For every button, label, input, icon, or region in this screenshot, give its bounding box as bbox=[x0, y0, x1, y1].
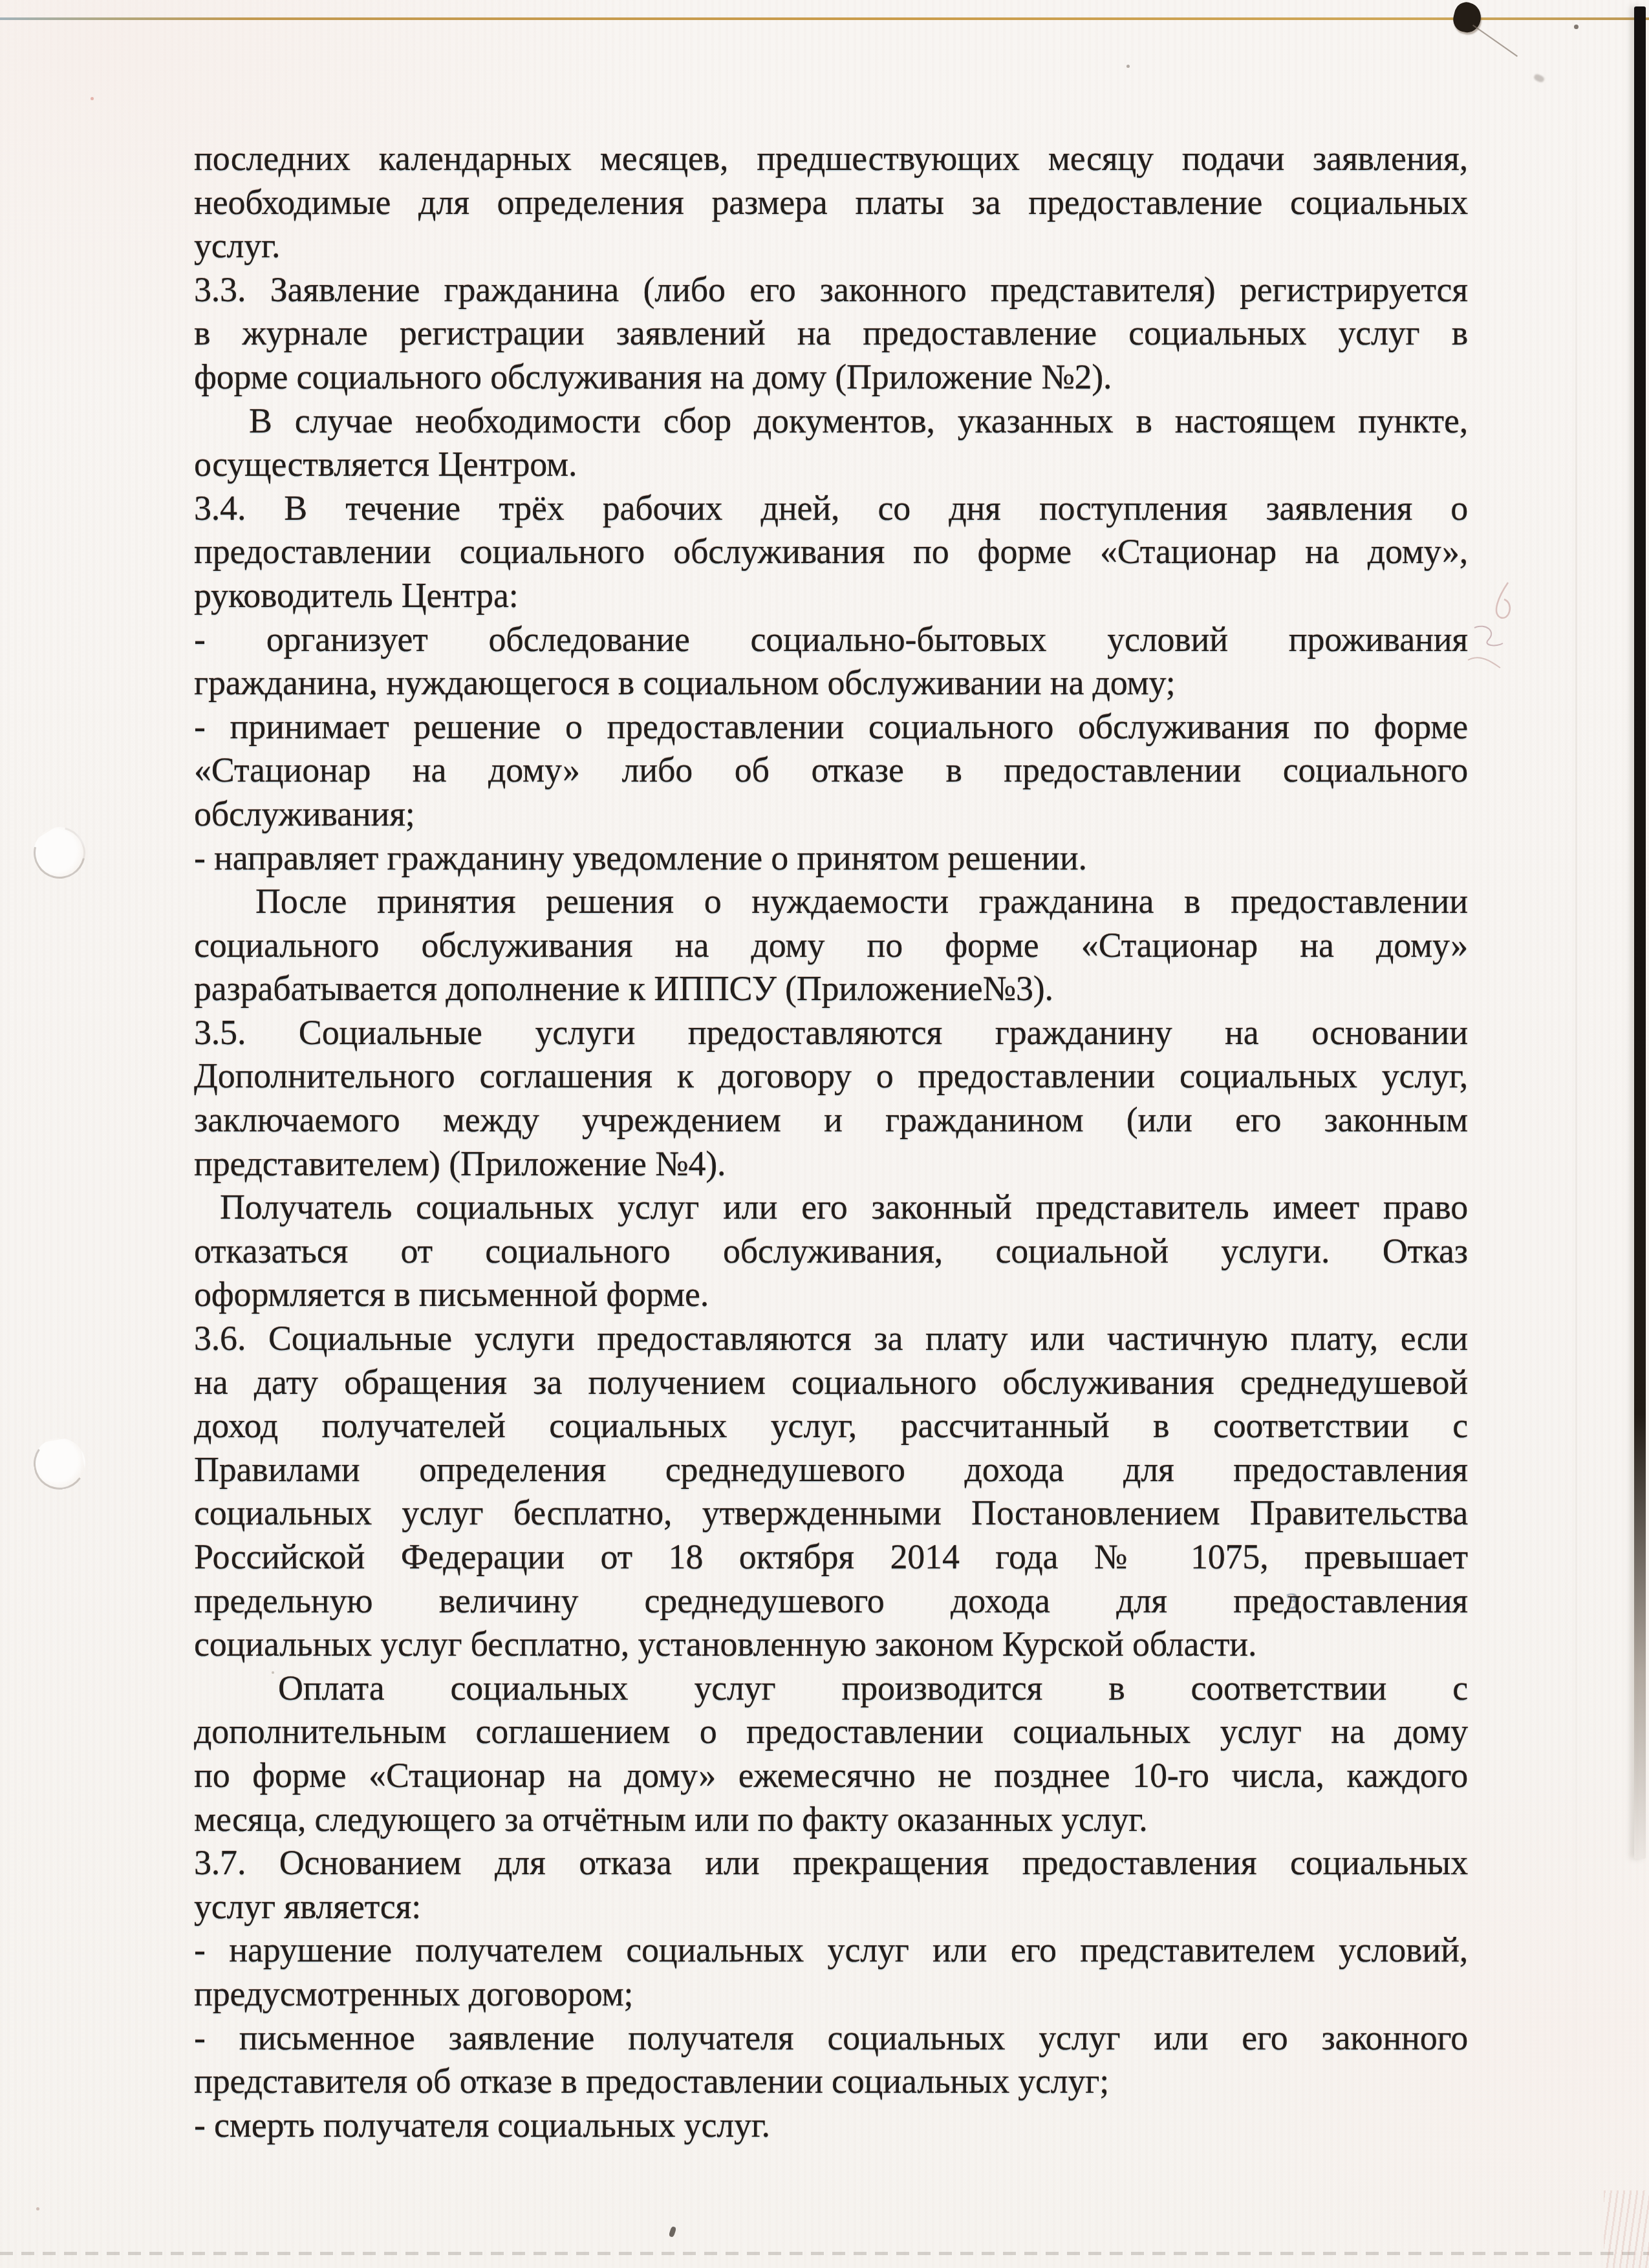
text-line: социального обслуживания на дому по форм… bbox=[194, 924, 1468, 968]
paper-crease-line bbox=[1575, 0, 1577, 2268]
text-line: месяца, следующего за отчётным или по фа… bbox=[194, 1798, 1468, 1842]
text-line: форме социального обслуживания на дому (… bbox=[194, 356, 1468, 400]
paper-speck bbox=[1533, 73, 1546, 83]
text-line: осуществляется Центром. bbox=[194, 443, 1468, 487]
pencil-squiggle-icon bbox=[1463, 577, 1547, 681]
paper-speck bbox=[1126, 65, 1130, 68]
text-line: заключаемого между учреждением и граждан… bbox=[194, 1098, 1468, 1142]
text-line: необходимые для определения размера плат… bbox=[194, 181, 1468, 225]
text-line: - направляет гражданину уведомление о пр… bbox=[194, 837, 1468, 881]
paper-speck bbox=[669, 2226, 677, 2238]
text-line: - смерть получателя социальных услуг. bbox=[194, 2104, 1468, 2148]
text-line: доход получателей социальных услуг, расс… bbox=[194, 1404, 1468, 1448]
text-line: предельную величину среднедушевого доход… bbox=[194, 1579, 1468, 1623]
text-line: услуг является: bbox=[194, 1885, 1468, 1929]
text-line: представителем) (Приложение №4). bbox=[194, 1142, 1468, 1186]
text-line: последних календарных месяцев, предшеств… bbox=[194, 137, 1468, 181]
text-line: Российской Федерации от 18 октября 2014 … bbox=[194, 1535, 1468, 1579]
text-line: 3.6. Социальные услуги предоставляются з… bbox=[194, 1317, 1468, 1361]
paper-speck bbox=[1574, 25, 1579, 29]
text-line: Дополнительного соглашения к договору о … bbox=[194, 1054, 1468, 1098]
text-line: 3.3. Заявление гражданина (либо его зако… bbox=[194, 268, 1468, 312]
text-line: Оплата социальных услуг производится в с… bbox=[194, 1667, 1468, 1711]
page-edge-shadow-band bbox=[1634, 6, 1646, 1859]
text-line: 3.7. Основанием для отказа или прекращен… bbox=[194, 1841, 1468, 1885]
text-line: - организует обследование социально-быто… bbox=[194, 618, 1468, 662]
punch-hole-bottom bbox=[30, 1434, 90, 1494]
text-line: оформляется в письменной форме. bbox=[194, 1273, 1468, 1317]
document-text: последних календарных месяцев, предшеств… bbox=[194, 137, 1468, 2147]
text-line: отказаться от социального обслуживания, … bbox=[194, 1230, 1468, 1274]
text-line: дополнительным соглашением о предоставле… bbox=[194, 1710, 1468, 1754]
scanned-page: з последних календарных месяцев, предшес… bbox=[0, 0, 1649, 2268]
punch-hole-top bbox=[24, 817, 95, 888]
text-line: - принимает решение о предоставлении соц… bbox=[194, 705, 1468, 749]
corner-streaks bbox=[1604, 2190, 1649, 2268]
text-line: руководитель Центра: bbox=[194, 574, 1468, 618]
text-line: В случае необходимости сбор документов, … bbox=[194, 400, 1468, 444]
text-line: обслуживания; bbox=[194, 793, 1468, 837]
scratch-mark bbox=[1472, 25, 1518, 57]
text-line: Правилами определения среднедушевого дох… bbox=[194, 1448, 1468, 1492]
text-line: социальных услуг бесплатно, утвержденным… bbox=[194, 1492, 1468, 1535]
paper-speck bbox=[272, 1671, 274, 1674]
paper-speck bbox=[36, 2207, 39, 2210]
text-line: «Стационар на дому» либо об отказе в пре… bbox=[194, 749, 1468, 793]
top-scan-line bbox=[0, 17, 1649, 20]
text-line: 3.4. В течение трёх рабочих дней, со дня… bbox=[194, 487, 1468, 531]
paper-speck bbox=[91, 97, 94, 100]
text-line: - нарушение получателем социальных услуг… bbox=[194, 1929, 1468, 1973]
text-line: гражданина, нуждающегося в социальном об… bbox=[194, 661, 1468, 705]
text-line: в журнале регистрации заявлений на предо… bbox=[194, 312, 1468, 356]
text-line: Получатель социальных услуг или его зако… bbox=[194, 1186, 1468, 1230]
text-line: разрабатывается дополнение к ИППСУ (Прил… bbox=[194, 967, 1468, 1011]
text-line: После принятия решения о нуждаемости гра… bbox=[194, 880, 1468, 924]
text-line: предоставлении социального обслуживания … bbox=[194, 530, 1468, 574]
text-line: - письменное заявление получателя социал… bbox=[194, 2017, 1468, 2060]
text-line: предусмотренных договором; bbox=[194, 1973, 1468, 2017]
bottom-scan-dashes bbox=[0, 2252, 1649, 2255]
text-line: по форме «Стационар на дому» ежемесячно … bbox=[194, 1754, 1468, 1798]
text-line: социальных услуг бесплатно, установленну… bbox=[194, 1623, 1468, 1667]
text-line: услуг. bbox=[194, 224, 1468, 268]
text-line: представителя об отказе в предоставлении… bbox=[194, 2060, 1468, 2104]
text-line: 3.5. Социальные услуги предоставляются г… bbox=[194, 1011, 1468, 1055]
text-line: на дату обращения за получением социальн… bbox=[194, 1361, 1468, 1405]
